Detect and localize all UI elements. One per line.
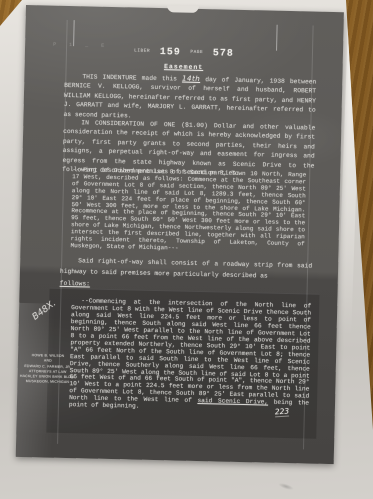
commencing-underlined-text: said Scenic Drive,: [197, 397, 268, 406]
recording-stamp: LIBER 159 PAGE 578: [25, 38, 343, 63]
handwritten-day: 14th: [182, 75, 200, 83]
pencil-smudge: [278, 482, 295, 492]
attorney-letterhead-stamp: HOWE B. WILSON AND EDWARD C. FARMER, JR.…: [19, 353, 76, 386]
indenture-text-before: THIS INDENTURE made this: [82, 73, 182, 82]
paper-tear: [167, 5, 199, 13]
handwritten-page-note: 223: [275, 406, 290, 417]
photostat-scan: P 1 _ E LIBER 159 PAGE 578 Easement THIS…: [16, 5, 344, 464]
paper-sheet: P 1 _ E LIBER 159 PAGE 578 Easement THIS…: [0, 0, 373, 499]
paragraph-roadway-clause: Said right-of-way shall consist of a roa…: [60, 256, 312, 283]
follows-label: follows:: [60, 280, 90, 288]
liber-number: 159: [160, 47, 181, 58]
paragraph-commencing: --Commencing at the intersection of the …: [69, 298, 311, 415]
paragraph-indenture: THIS INDENTURE made this 14th day of Jan…: [63, 72, 316, 125]
page-label: PAGE: [190, 50, 203, 55]
page-number: 578: [213, 48, 234, 59]
liber-label: LIBER: [134, 48, 150, 53]
paragraph-legal-description: ---Part of Government Lot 8 of Section 8…: [70, 167, 306, 255]
commencing-text: --Commencing at the intersection of the …: [69, 297, 311, 404]
